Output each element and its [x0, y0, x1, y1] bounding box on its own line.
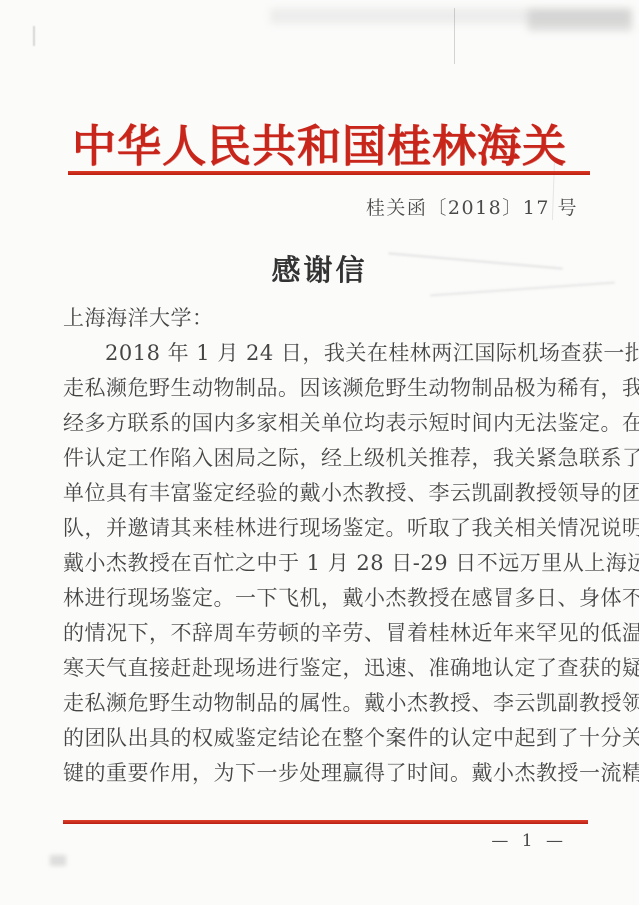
body-line: 单位具有丰富鉴定经验的戴小杰教授、李云凯副教授领导的团 — [63, 476, 580, 511]
scan-artifact-vertical-line — [454, 8, 455, 64]
letter-body: 上海海洋大学： 2018 年 1 月 24 日，我关在桂林两江国际机场查获一批疑… — [63, 301, 580, 791]
body-line: 寒天气直接赶赴现场进行鉴定，迅速、准确地认定了查获的疑似 — [63, 651, 580, 686]
body-line: 的情况下，不辞周车劳顿的辛劳、冒着桂林近年来罕见的低温严 — [63, 616, 580, 651]
salutation: 上海海洋大学： — [63, 301, 580, 336]
scan-artifact-top-right-smudge — [528, 9, 632, 31]
body-line: 走私濒危野生动物制品。因该濒危野生动物制品极为稀有，我关 — [63, 371, 580, 406]
page-number: — 1 — — [491, 831, 567, 851]
body-line: 经多方联系的国内多家相关单位均表示短时间内无法鉴定。在案 — [63, 406, 580, 441]
body-line: 林进行现场鉴定。一下飞机，戴小杰教授在感冒多日、身体不适 — [63, 581, 580, 616]
footer-rule — [63, 820, 588, 824]
body-line: 件认定工作陷入困局之际，经上级机关推荐，我关紧急联系了贵 — [63, 441, 580, 476]
body-line: 队，并邀请其来桂林进行现场鉴定。听取了我关相关情况说明后， — [63, 511, 580, 546]
body-line: 键的重要作用，为下一步处理赢得了时间。戴小杰教授一流精湛 — [63, 756, 580, 791]
scan-artifact-bottom-smudge — [50, 855, 66, 866]
header-rule — [68, 171, 590, 175]
scan-artifact-top-smudge — [270, 8, 630, 24]
body-line: 2018 年 1 月 24 日，我关在桂林两江国际机场查获一批疑似 — [63, 336, 580, 371]
scanned-letter-page: 中华人民共和国桂林海关 桂关函〔2018〕17 号 感谢信 上海海洋大学： 20… — [0, 0, 639, 905]
body-line: 的团队出具的权威鉴定结论在整个案件的认定中起到了十分关 — [63, 721, 580, 756]
body-line: 走私濒危野生动物制品的属性。戴小杰教授、李云凯副教授领导 — [63, 686, 580, 721]
doc-number: 桂关函〔2018〕17 号 — [366, 193, 578, 220]
scan-artifact-top-left-mark — [33, 26, 35, 46]
agency-title: 中华人民共和国桂林海关 — [0, 110, 639, 174]
body-line: 戴小杰教授在百忙之中于 1 月 28 日-29 日不远万里从上海远赴桂 — [63, 546, 580, 581]
letter-title: 感谢信 — [0, 248, 639, 289]
